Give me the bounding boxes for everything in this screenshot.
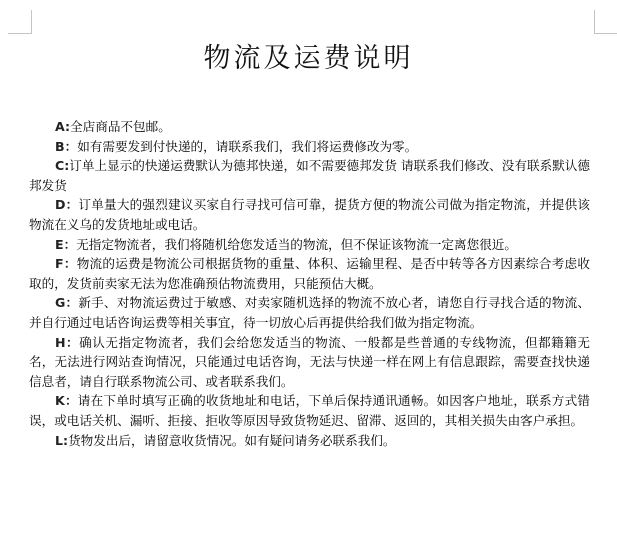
paragraph-label: C: xyxy=(55,158,69,173)
paragraph-a: A:全店商品不包邮。 xyxy=(29,117,590,137)
paragraph-label: K： xyxy=(55,393,78,408)
document-title: 物流及运费说明 xyxy=(0,36,617,75)
paragraph-c: C:订单上显示的快递运费默认为德邦快递，如不需要德邦发货 请联系我们修改、没有联… xyxy=(29,156,590,195)
paragraph-f: F：物流的运费是物流公司根据货物的重量、体积、运输里程、是否中转等各方因素综合考… xyxy=(29,254,590,293)
paragraph-label: L: xyxy=(55,433,68,448)
paragraph-text: 物流的运费是物流公司根据货物的重量、体积、运输里程、是否中转等各方因素综合考虑收… xyxy=(29,256,590,291)
crop-mark-right-vertical xyxy=(594,10,595,34)
paragraph-label: B： xyxy=(55,139,77,154)
paragraph-label: F： xyxy=(55,256,77,271)
paragraph-label: E： xyxy=(55,237,76,252)
paragraph-g: G：新手、对物流运费过于敏感、对卖家随机选择的物流不放心者，请您自行寻找合适的物… xyxy=(29,293,590,332)
paragraph-text: 订单上显示的快递运费默认为德邦快递，如不需要德邦发货 请联系我们修改、没有联系默… xyxy=(29,158,590,193)
paragraph-e: E：无指定物流者，我们将随机给您发适当的物流，但不保证该物流一定离您很近。 xyxy=(29,235,590,255)
paragraph-label: H： xyxy=(55,335,79,350)
paragraph-k: K：请在下单时填写正确的收货地址和电话，下单后保持通讯通畅。如因客户地址，联系方… xyxy=(29,391,590,430)
paragraph-text: 货物发出后，请留意收货情况。如有疑问请务必联系我们。 xyxy=(68,433,395,448)
crop-mark-left-horizontal xyxy=(8,33,32,34)
paragraph-label: G： xyxy=(55,295,78,310)
paragraph-text: 订单量大的强烈建议买家自行寻找可信可靠，提货方便的物流公司做为指定物流，并提供该… xyxy=(29,197,590,232)
paragraph-text: 无指定物流者，我们将随机给您发适当的物流，但不保证该物流一定离您很近。 xyxy=(76,237,517,252)
document-body: A:全店商品不包邮。 B：如有需要发到付快递的，请联系我们，我们将运费修改为零。… xyxy=(29,117,590,450)
paragraph-text: 新手、对物流运费过于敏感、对卖家随机选择的物流不放心者，请您自行寻找合适的物流、… xyxy=(29,295,590,330)
paragraph-label: D： xyxy=(55,197,78,212)
paragraph-d: D：订单量大的强烈建议买家自行寻找可信可靠，提货方便的物流公司做为指定物流，并提… xyxy=(29,195,590,234)
crop-mark-left-vertical xyxy=(31,10,32,34)
paragraph-text: 如有需要发到付快递的，请联系我们，我们将运费修改为零。 xyxy=(77,139,417,154)
paragraph-text: 确认无指定物流者，我们会给您发适当的物流、一般都是些普通的专线物流，但都籍籍无名… xyxy=(29,335,590,389)
paragraph-l: L:货物发出后，请留意收货情况。如有疑问请务必联系我们。 xyxy=(29,431,590,451)
paragraph-text: 全店商品不包邮。 xyxy=(70,119,171,134)
paragraph-h: H：确认无指定物流者，我们会给您发适当的物流、一般都是些普通的专线物流，但都籍籍… xyxy=(29,333,590,392)
paragraph-b: B：如有需要发到付快递的，请联系我们，我们将运费修改为零。 xyxy=(29,137,590,157)
crop-mark-right-horizontal xyxy=(594,33,617,34)
paragraph-label: A: xyxy=(55,119,70,134)
paragraph-text: 请在下单时填写正确的收货地址和电话，下单后保持通讯通畅。如因客户地址，联系方式错… xyxy=(29,393,590,428)
